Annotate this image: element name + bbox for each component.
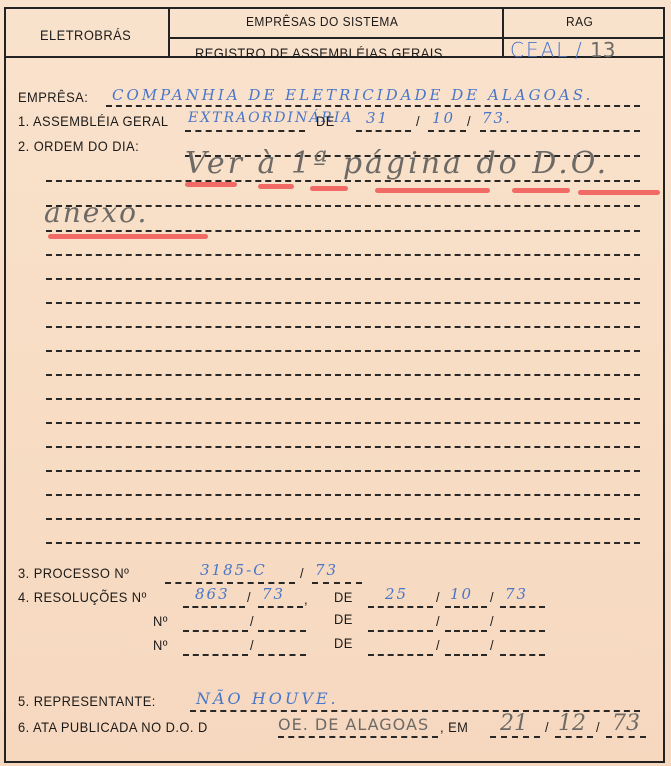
red-underline [512, 188, 570, 193]
company-line [106, 105, 640, 107]
resolution-month-line [445, 630, 487, 632]
resolution-year-line [258, 630, 306, 632]
date-slash: / [436, 613, 440, 629]
resolution-slash: / [250, 613, 254, 629]
date-slash: / [467, 113, 471, 129]
publication-day[interactable]: 21 [500, 711, 528, 736]
process-slash: / [300, 565, 304, 581]
resolution-number[interactable]: 863 [195, 585, 230, 603]
day-line [356, 130, 411, 132]
date-slash: / [490, 613, 494, 629]
date-slash: / [436, 637, 440, 653]
date-slash: / [545, 719, 549, 735]
resolution-de-label: DE [334, 589, 353, 605]
process-number[interactable]: 3185-C [200, 561, 267, 579]
date-slash: / [436, 589, 440, 605]
publication-month-line [555, 736, 593, 738]
process-year[interactable]: 73 [315, 561, 338, 579]
blank-line [46, 374, 640, 376]
blank-line [46, 398, 640, 400]
code-separator: / [575, 38, 584, 62]
blank-line [46, 422, 640, 424]
form-title: REGISTRO DE ASSEMBLÉIAS GERAIS [195, 45, 443, 61]
date-slash: / [490, 637, 494, 653]
publication-line [278, 736, 438, 738]
resolution-no-label: Nº [153, 637, 168, 653]
publication-month[interactable]: 12 [558, 711, 586, 736]
resolution-de-label: DE [334, 635, 353, 651]
resolution-no-label: Nº [153, 613, 168, 629]
blank-line [46, 494, 640, 496]
publication-day-line [490, 736, 540, 738]
blank-line [46, 326, 640, 328]
resolution-number-line [183, 606, 245, 608]
item1-type-line [185, 130, 305, 132]
resolution-year-line [258, 606, 303, 608]
item6-em-label: , EM [440, 719, 468, 735]
blank-line [46, 446, 640, 448]
blank-line [46, 470, 640, 472]
item2-label: 2. ORDEM DO DIA: [18, 138, 139, 154]
item4-label: 4. RESOLUÇÕES Nº [18, 589, 147, 605]
blank-line [46, 278, 640, 280]
resolution-slash: / [247, 589, 251, 605]
date-slash: / [490, 589, 494, 605]
year-line [480, 130, 640, 132]
red-underline [310, 186, 348, 191]
publication-year[interactable]: 73 [612, 711, 640, 736]
blank-line [46, 254, 640, 256]
company-value[interactable]: COMPANHIA DE ELETRICIDADE DE ALAGOAS. [112, 86, 593, 104]
header-divider [502, 7, 504, 57]
agenda-text-line1[interactable]: Ver à 1ª página do D.O. [185, 146, 609, 181]
date-slash: / [596, 719, 600, 735]
resolution-date-year-line [500, 630, 545, 632]
publication-year-line [606, 736, 646, 738]
blank-line [46, 518, 640, 520]
agenda-line [46, 230, 640, 232]
resolution-year-line [258, 654, 306, 656]
representative-value[interactable]: NÃO HOUVE. [196, 689, 339, 708]
assembly-month[interactable]: 10 [432, 109, 455, 127]
blank-line [46, 542, 640, 544]
org-name: ELETROBRÁS [40, 27, 131, 43]
code-label: RAG [566, 14, 593, 29]
assembly-day[interactable]: 31 [366, 109, 389, 127]
date-slash: / [416, 113, 420, 129]
company-label: EMPRÊSA: [18, 89, 88, 105]
code-value: CEAL [510, 38, 569, 62]
process-number-line [165, 582, 295, 584]
resolution-date-year-line [500, 606, 545, 608]
resolution-month-line [445, 654, 487, 656]
agenda-text-line2[interactable]: anexo. [44, 196, 148, 229]
red-underline [48, 234, 208, 239]
process-year-line [312, 582, 362, 584]
resolution-date-year[interactable]: 73 [505, 585, 528, 603]
resolution-slash: / [250, 637, 254, 653]
red-underline [185, 182, 237, 187]
item6-label: 6. ATA PUBLICADA NO D.O. D [18, 719, 208, 735]
resolution-day-line [368, 654, 433, 656]
resolution-month-line [445, 606, 487, 608]
resolution-year[interactable]: 73 [262, 585, 285, 603]
item5-label: 5. REPRESENTANTE: [18, 693, 156, 709]
resolution-day[interactable]: 25 [385, 585, 408, 603]
item1-de-label: DE [316, 113, 335, 129]
header-divider [168, 7, 170, 57]
assembly-year[interactable]: 73. [482, 109, 512, 127]
resolution-day-line [368, 606, 433, 608]
publication-value[interactable]: OE. DE ALAGOAS [278, 715, 429, 734]
resolution-number-line [183, 654, 248, 656]
red-underline [258, 184, 294, 189]
resolution-number-line [183, 630, 248, 632]
resolution-day-line [368, 630, 433, 632]
blank-line [46, 302, 640, 304]
red-underline [375, 188, 490, 193]
red-underline [578, 190, 660, 195]
code-number: 13 [590, 38, 615, 62]
resolution-date-year-line [500, 654, 545, 656]
group-label: EMPRÊSAS DO SISTEMA [246, 14, 398, 29]
item1-label: 1. ASSEMBLÉIA GERAL [18, 113, 168, 129]
month-line [428, 130, 466, 132]
resolution-month[interactable]: 10 [450, 585, 473, 603]
blank-line [46, 350, 640, 352]
comma: , [304, 591, 308, 607]
document-page: ELETROBRÁS EMPRÊSAS DO SISTEMA RAG REGIS… [0, 0, 671, 766]
item3-label: 3. PROCESSO Nº [18, 565, 129, 581]
resolution-de-label: DE [334, 611, 353, 627]
